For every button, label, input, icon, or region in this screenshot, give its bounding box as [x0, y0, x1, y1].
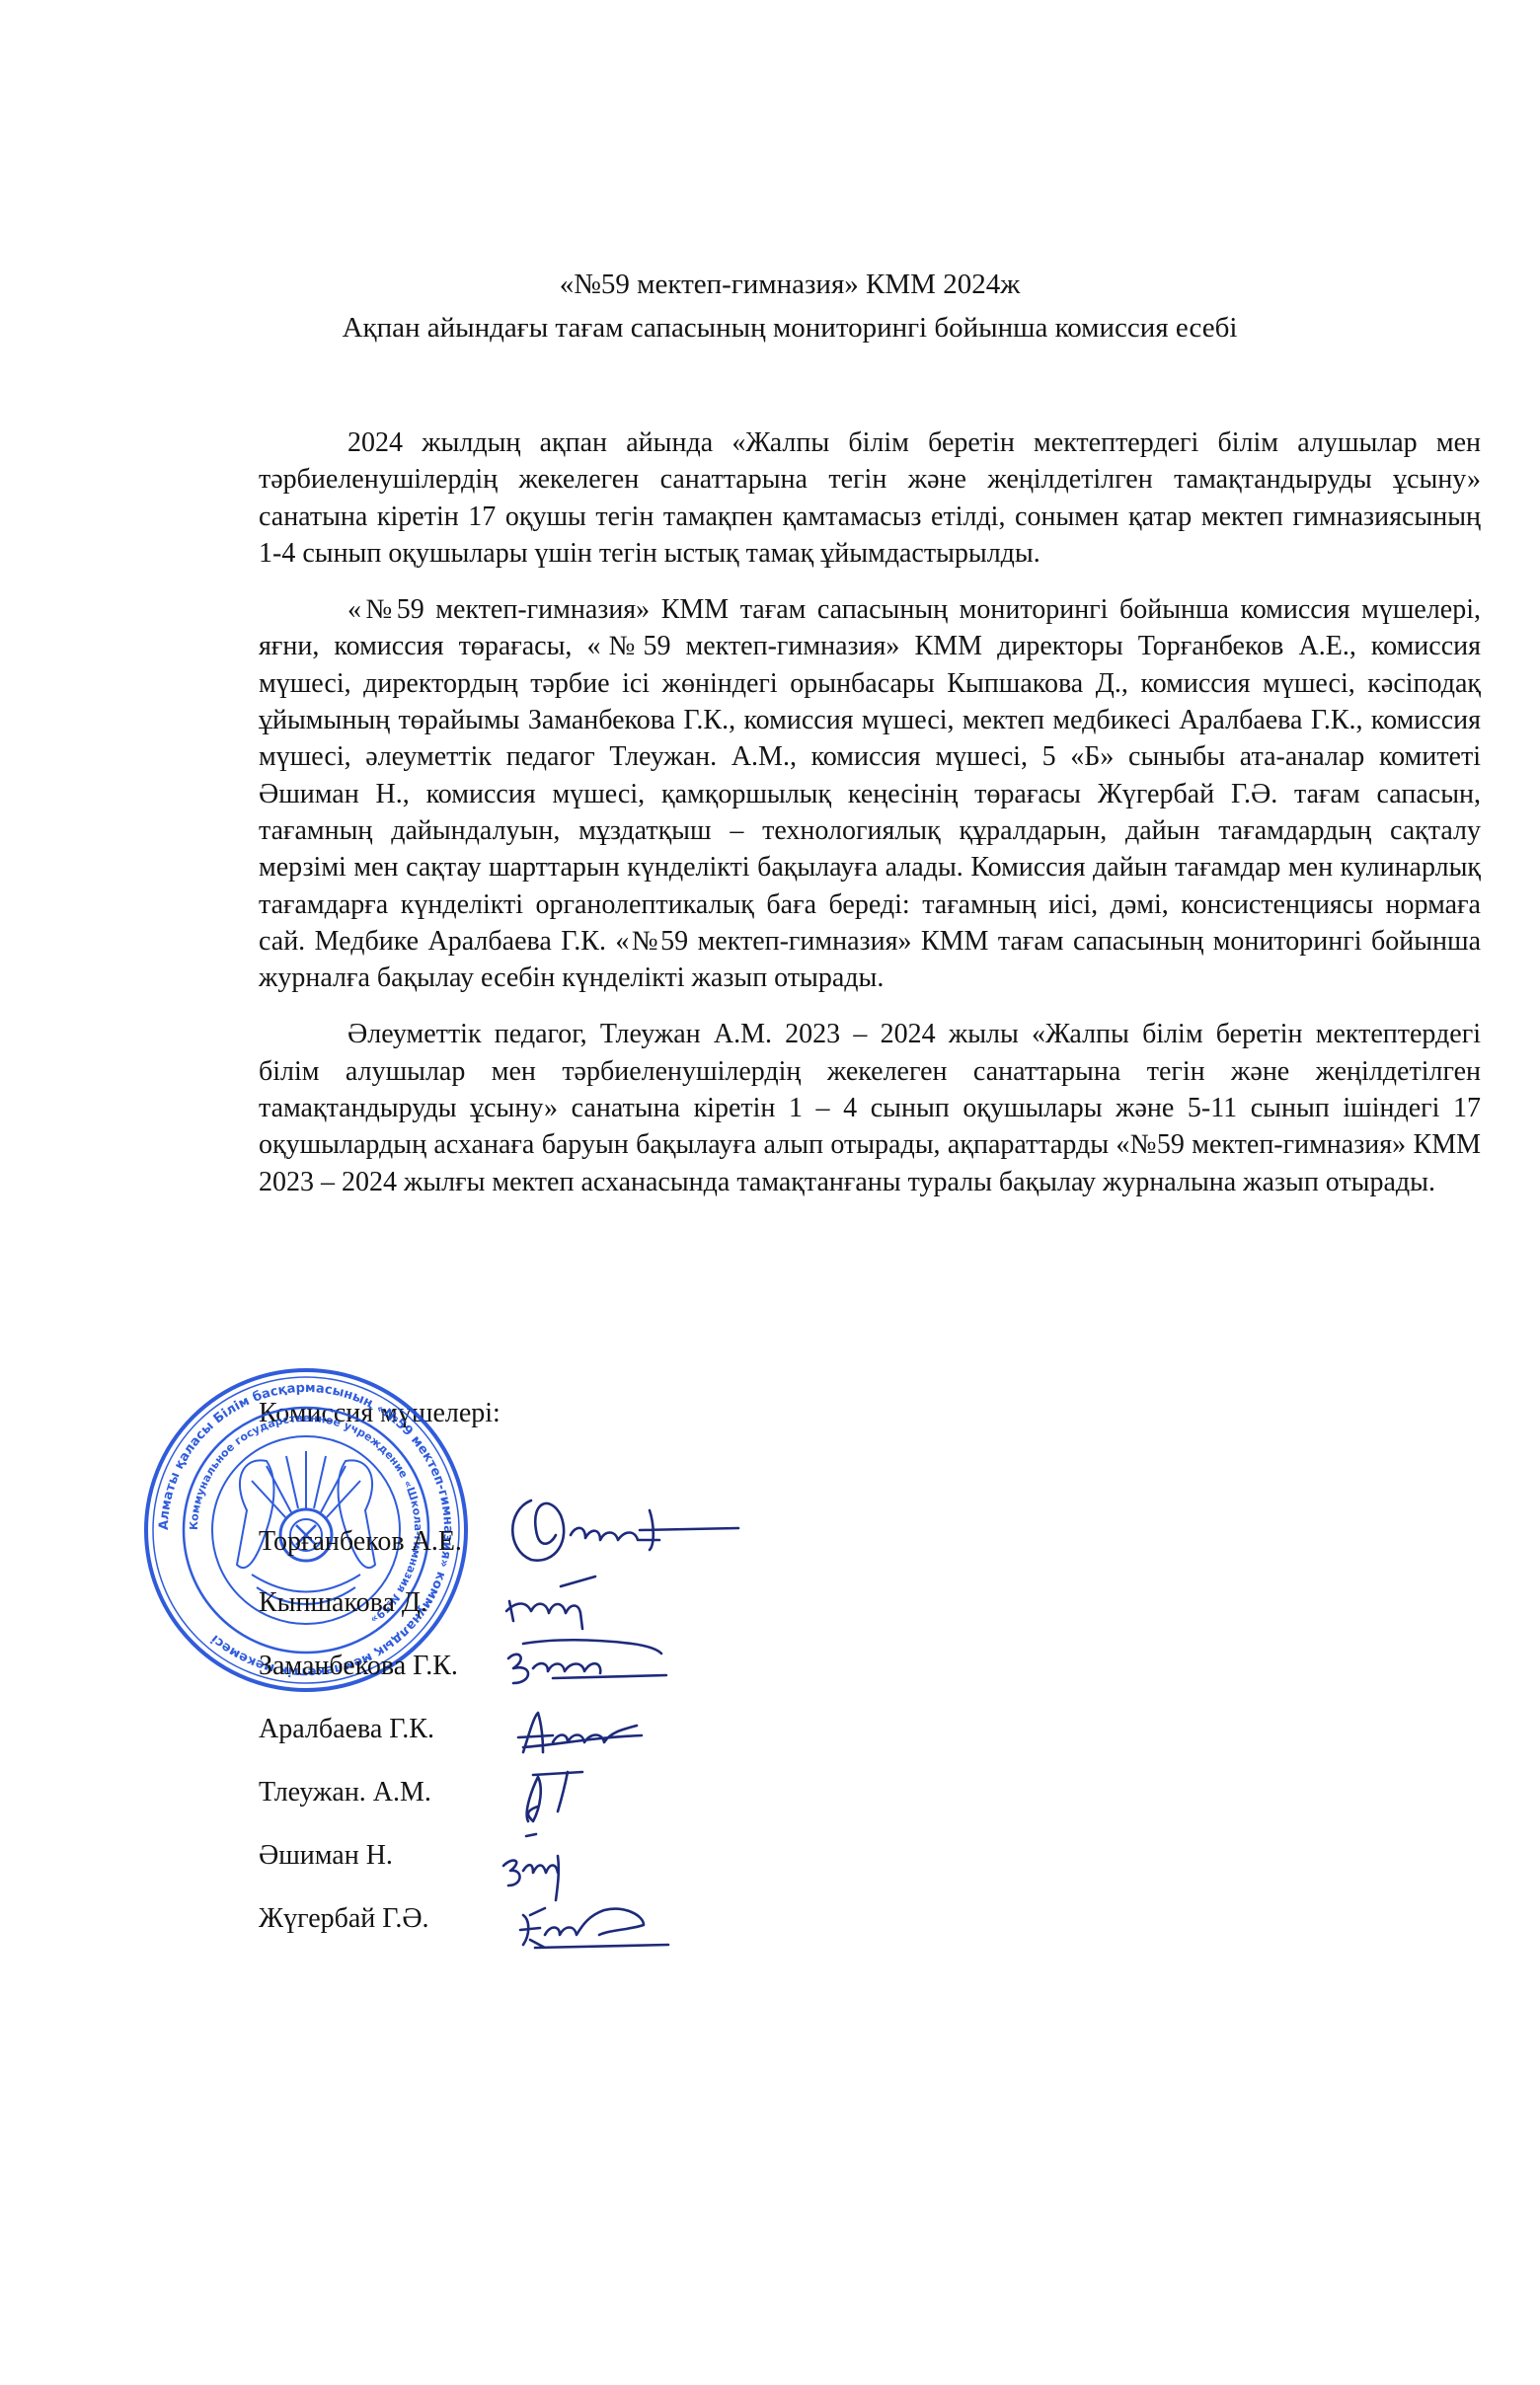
member-name: Заманбекова Г.К. [259, 1651, 458, 1681]
signature-icon [501, 1491, 748, 1570]
member-name: Торғанбеков А.Е. [259, 1526, 462, 1557]
signature-icon [513, 1767, 592, 1826]
signature-icon [494, 1634, 671, 1693]
signature-icon [501, 1572, 600, 1631]
title-line-2: Ақпан айындағы тағам сапасының мониторин… [197, 306, 1382, 349]
signature-icon [515, 1900, 673, 1955]
member-row: Жүгербай Г.Ә. [259, 1903, 429, 1943]
document-page: «№59 мектеп-гимназия» КММ 2024ж Ақпан ай… [0, 0, 1540, 2385]
member-name: Әшиман Н. [259, 1840, 393, 1871]
member-row: Әшиман Н. [259, 1840, 393, 1880]
member-name: Аралбаева Г.К. [259, 1714, 434, 1744]
paragraph-1: 2024 жылдың ақпан айында «Жалпы білім бе… [259, 424, 1481, 572]
document-body: 2024 жылдың ақпан айында «Жалпы білім бе… [259, 424, 1481, 1220]
title-line-1: «№59 мектеп-гимназия» КММ 2024ж [197, 263, 1382, 306]
member-row: Аралбаева Г.К. [259, 1714, 434, 1753]
member-name: Тлеужан. А.М. [259, 1777, 431, 1808]
paragraph-2: «№59 мектеп-гимназия» КММ тағам сапасыны… [259, 591, 1481, 996]
member-name: Кыпшакова Д. [259, 1587, 427, 1618]
member-name: Жүгербай Г.Ә. [259, 1903, 429, 1934]
member-row: Тлеужан. А.М. [259, 1777, 431, 1816]
signature-icon [499, 1831, 577, 1905]
signature-icon [513, 1708, 652, 1762]
document-title: «№59 мектеп-гимназия» КММ 2024ж Ақпан ай… [197, 263, 1382, 349]
paragraph-3: Әлеуметтік педагог, Тлеужан А.М. 2023 – … [259, 1016, 1481, 1199]
